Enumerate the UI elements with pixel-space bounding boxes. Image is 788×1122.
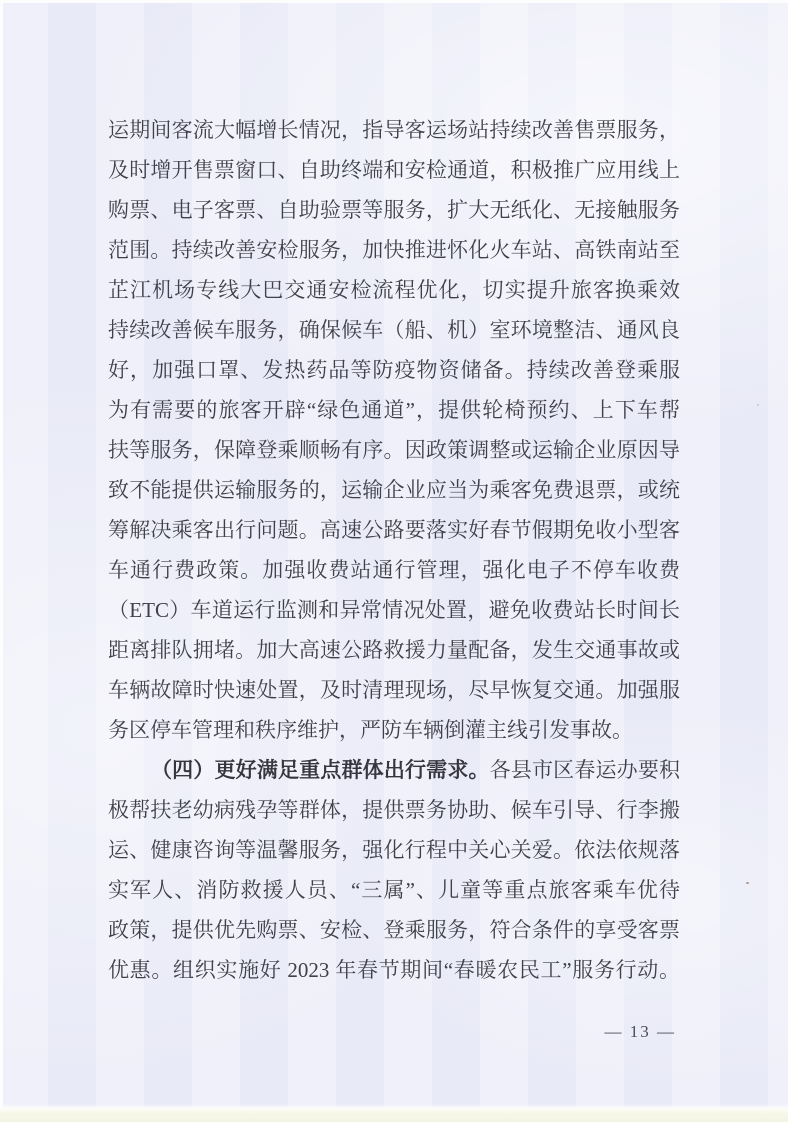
section-4-first-line-rest: 各县市区春运办要积 [490, 758, 680, 782]
body-line: 优惠。组织实施好 2023 年春节期间“春暖农民工”服务行动。 [108, 950, 680, 990]
body-line: 实军人、消防救援人员、“三属”、儿童等重点旅客乘车优待 [108, 870, 680, 910]
body-line: 芷江机场专线大巴交通安检流程优化，切实提升旅客换乘效率。 [108, 270, 680, 310]
page-number: — 13 — [605, 1020, 677, 1044]
body-line-paragraph-end: 务区停车管理和秩序维护，严防车辆倒灌主线引发事故。 [108, 710, 680, 750]
body-line: 运、健康咨询等温馨服务，强化行程中关心关爱。依法依规落 [108, 830, 680, 870]
document-body-text: 运期间客流大幅增长情况，指导客运场站持续改善售票服务， 及时增开售票窗口、自助终… [108, 110, 680, 990]
body-line: 范围。持续改善安检服务，加快推进怀化火车站、高铁南站至 [108, 230, 680, 270]
body-line: 极帮扶老幼病残孕等群体，提供票务协助、候车引导、行李搬 [108, 790, 680, 830]
scan-edge-bottom [0, 1108, 788, 1122]
body-line: 致不能提供运输服务的，运输企业应当为乘客免费退票，或统 [108, 470, 680, 510]
scan-edge-left [0, 0, 3, 1122]
body-line: 政策，提供优先购票、安检、登乘服务，符合条件的享受客票 [108, 910, 680, 950]
body-line: 筹解决乘客出行问题。高速公路要落实好春节假期免收小型客 [108, 510, 680, 550]
body-line: 车辆故障时快速处置，及时清理现场，尽早恢复交通。加强服 [108, 670, 680, 710]
body-line: 运期间客流大幅增长情况，指导客运场站持续改善售票服务， [108, 110, 680, 150]
body-line: 及时增开售票窗口、自助终端和安检通道，积极推广应用线上 [108, 150, 680, 190]
body-line-section-start: （四）更好满足重点群体出行需求。各县市区春运办要积 [108, 750, 680, 790]
scan-speck [757, 404, 759, 406]
body-line: （ETC）车道运行监测和异常情况处置，避免收费站长时间长 [108, 590, 680, 630]
scan-edge-top [0, 0, 788, 3]
body-line: 车通行费政策。加强收费站通行管理，强化电子不停车收费 [108, 550, 680, 590]
body-line: 扶等服务，保障登乘顺畅有序。因政策调整或运输企业原因导 [108, 430, 680, 470]
scan-speck [746, 882, 749, 884]
section-4-heading: （四）更好满足重点群体出行需求。 [151, 758, 490, 782]
scanned-document-page: 运期间客流大幅增长情况，指导客运场站持续改善售票服务， 及时增开售票窗口、自助终… [0, 0, 788, 1122]
body-line: 购票、电子客票、自助验票等服务，扩大无纸化、无接触服务 [108, 190, 680, 230]
body-line: 好，加强口罩、发热药品等防疫物资储备。持续改善登乘服务， [108, 350, 680, 390]
body-line: 距离排队拥堵。加大高速公路救援力量配备，发生交通事故或 [108, 630, 680, 670]
body-line: 持续改善候车服务，确保候车（船、机）室环境整洁、通风良 [108, 310, 680, 350]
body-line: 为有需要的旅客开辟“绿色通道”，提供轮椅预约、上下车帮 [108, 390, 680, 430]
